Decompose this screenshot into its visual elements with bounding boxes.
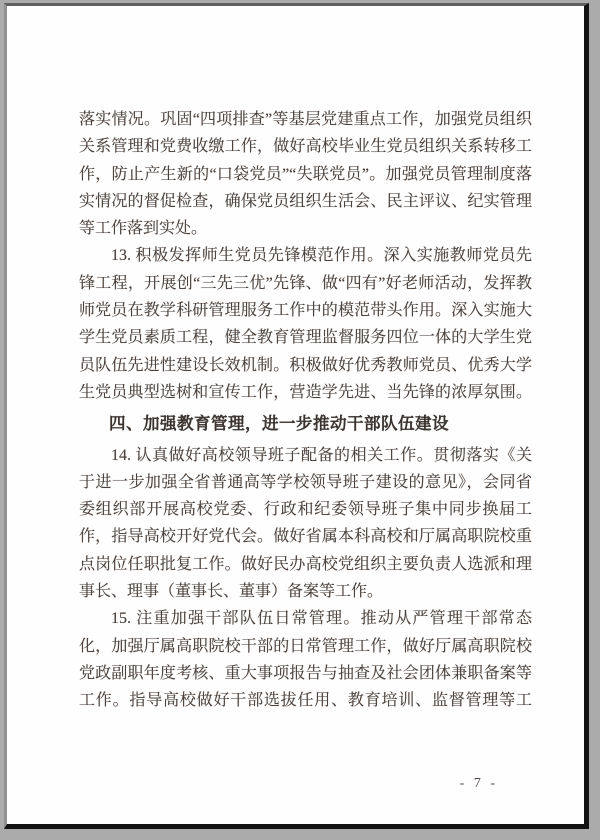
text-line: 于进一步加强全省普通高等学校领导班子建设的意见》，会同省 [79, 469, 532, 496]
text-line: 锋工程，开展创“三先三优”先锋、做“四有”好老师活动，发挥教 [79, 270, 532, 297]
text-line: 委组织部开展高校党委、行政和纪委领导班子集中同步换届工 [79, 496, 532, 523]
text-line: 15. 注重加强干部队伍日常管理。推动从严管理干部常态 [79, 605, 532, 632]
text-line: 工作。指导高校做好干部选拔任用、教育培训、监督管理等工作。 [79, 687, 532, 714]
text-line: 生党员典型选树和宣传工作，营造学先进、当先锋的浓厚氛围。 [79, 379, 532, 406]
section-heading: 四、加强教育管理，进一步推动干部队伍建设 [79, 411, 532, 438]
text-line: 学生党员素质工程，健全教育管理监督服务四位一体的大学生党 [79, 324, 532, 351]
text-line: 关系管理和党费收缴工作，做好高校毕业生党员组织关系转移工 [79, 133, 532, 160]
text-line: 14. 认真做好高校领导班子配备的相关工作。贯彻落实《关 [79, 442, 532, 469]
text-line: 等工作落到实处。 [79, 215, 532, 242]
text-line: 员队伍先进性建设长效机制。积极做好优秀教师党员、优秀大学 [79, 352, 532, 379]
text-line: 作，防止产生新的“口袋党员”“失联党员”。加强党员管理制度落 [79, 161, 532, 188]
text-line: 化，加强厅属高职院校干部的日常管理工作，做好厅属高职院校 [79, 633, 532, 660]
paragraph-14: 14. 认真做好高校领导班子配备的相关工作。贯彻落实《关 于进一步加强全省普通高… [79, 442, 532, 606]
text-line: 13. 积极发挥师生党员先锋模范作用。深入实施教师党员先 [79, 242, 532, 269]
paragraph-13: 13. 积极发挥师生党员先锋模范作用。深入实施教师党员先 锋工程，开展创“三先三… [79, 242, 532, 406]
text-line: 落实情况。巩固“四项排查”等基层党建重点工作，加强党员组织 [79, 106, 532, 133]
text-line: 师党员在教学科研管理服务工作中的模范带头作用。深入实施大 [79, 297, 532, 324]
document-body: 落实情况。巩固“四项排查”等基层党建重点工作，加强党员组织 关系管理和党费收缴工… [79, 106, 532, 715]
text-line: 作，指导高校开好党代会。做好省属本科高校和厅属高职院校重 [79, 523, 532, 550]
scanned-document-frame: 落实情况。巩固“四项排查”等基层党建重点工作，加强党员组织 关系管理和党费收缴工… [0, 0, 600, 840]
text-line: 党政副职年度考核、重大事项报告与抽查及社会团体兼职备案等 [79, 660, 532, 687]
page-number: - 7 - [460, 776, 498, 792]
text-line: 实情况的督促检查，确保党员组织生活会、民主评议、纪实管理 [79, 188, 532, 215]
paragraph-15: 15. 注重加强干部队伍日常管理。推动从严管理干部常态 化，加强厅属高职院校干部… [79, 605, 532, 714]
paragraph-intro: 落实情况。巩固“四项排查”等基层党建重点工作，加强党员组织 关系管理和党费收缴工… [79, 106, 532, 242]
document-page: 落实情况。巩固“四项排查”等基层党建重点工作，加强党员组织 关系管理和党费收缴工… [4, 3, 589, 829]
text-line: 点岗位任职批复工作。做好民办高校党组织主要负责人选派和理 [79, 551, 532, 578]
text-line: 事长、理事（董事长、董事）备案等工作。 [79, 578, 532, 605]
